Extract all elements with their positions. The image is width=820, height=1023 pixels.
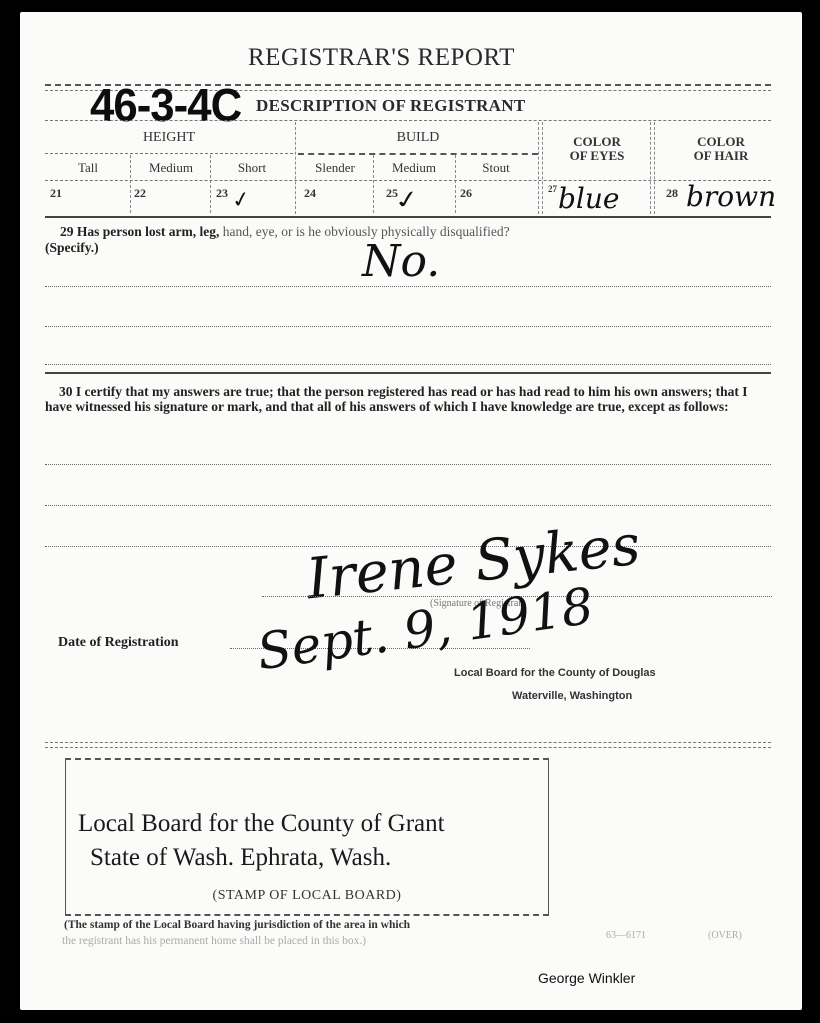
serial-stamp: 46-3-4C <box>90 78 241 132</box>
divider <box>45 742 771 743</box>
column-divider <box>650 122 651 214</box>
col-height-medium: Medium <box>132 160 210 176</box>
question-number: 30 <box>59 384 73 399</box>
answer-line <box>45 364 771 365</box>
cell-number-27: 27 <box>548 184 557 194</box>
col-build-medium: Medium <box>374 160 454 176</box>
stamp-label: (STAMP OF LOCAL BOARD) <box>66 888 548 904</box>
hair-color-value: brown <box>686 180 776 213</box>
stamp-note-line2: the registrant has his permanent home sh… <box>62 934 562 948</box>
date-label: Date of Registration <box>58 635 179 651</box>
answer-line <box>45 464 771 465</box>
board-printed-line1: Local Board for the County of Douglas <box>454 667 656 679</box>
column-divider <box>295 122 296 214</box>
specify-label: (Specify.) <box>45 240 99 255</box>
question-text: I certify that my answers are true; that… <box>45 384 747 414</box>
divider <box>45 372 771 374</box>
q29-answer: No. <box>362 236 440 287</box>
stamp-line1: Local Board for the County of Grant <box>78 810 445 838</box>
column-divider <box>542 122 543 214</box>
build-header: BUILD <box>298 130 538 146</box>
stamp-note-text: the registrant has his permanent home sh… <box>62 935 366 947</box>
board-printed-line2: Waterville, Washington <box>512 690 632 702</box>
cell-number-28: 28 <box>666 186 678 201</box>
column-divider <box>373 155 374 213</box>
cell-number-23: 23 <box>216 186 228 201</box>
column-divider <box>538 122 539 214</box>
eyes-header-line2: OF EYES <box>544 148 650 164</box>
cell-number-24: 24 <box>304 186 316 201</box>
cell-number-22: 22 <box>134 186 146 201</box>
col-stout: Stout <box>456 160 536 176</box>
answer-line <box>45 286 771 287</box>
question-number: 29 <box>60 224 74 239</box>
divider <box>45 153 293 154</box>
cell-number-26: 26 <box>460 186 472 201</box>
answer-line <box>45 326 771 327</box>
eye-color-value: blue <box>558 182 619 215</box>
divider <box>45 120 771 121</box>
divider <box>298 153 538 155</box>
column-divider <box>130 155 131 213</box>
divider <box>45 216 771 218</box>
answer-line <box>45 505 771 506</box>
section-subtitle: DESCRIPTION OF REGISTRANT <box>256 96 525 116</box>
column-divider <box>654 122 655 214</box>
divider <box>45 747 771 748</box>
col-short: Short <box>212 160 292 176</box>
form-code-right: (OVER) <box>708 930 742 941</box>
form-code: 63—6171 <box>606 930 646 941</box>
caption: George Winkler <box>538 970 635 986</box>
question-text: Has person lost arm, leg, <box>77 224 220 239</box>
report-title: REGISTRAR'S REPORT <box>248 44 515 72</box>
col-slender: Slender <box>298 160 372 176</box>
col-tall: Tall <box>48 160 128 176</box>
cell-number-21: 21 <box>50 186 62 201</box>
divider <box>45 180 771 181</box>
column-divider <box>455 155 456 213</box>
hair-header-line2: OF HAIR <box>656 148 786 164</box>
stamp-box: Local Board for the County of Grant Stat… <box>65 758 549 916</box>
height-header: HEIGHT <box>45 130 293 146</box>
question-30: 30 I certify that my answers are true; t… <box>45 384 775 414</box>
stamp-line2: State of Wash. Ephrata, Wash. <box>90 844 391 872</box>
stamp-note-line1: (The stamp of the Local Board having jur… <box>64 918 564 932</box>
column-divider <box>210 155 211 213</box>
